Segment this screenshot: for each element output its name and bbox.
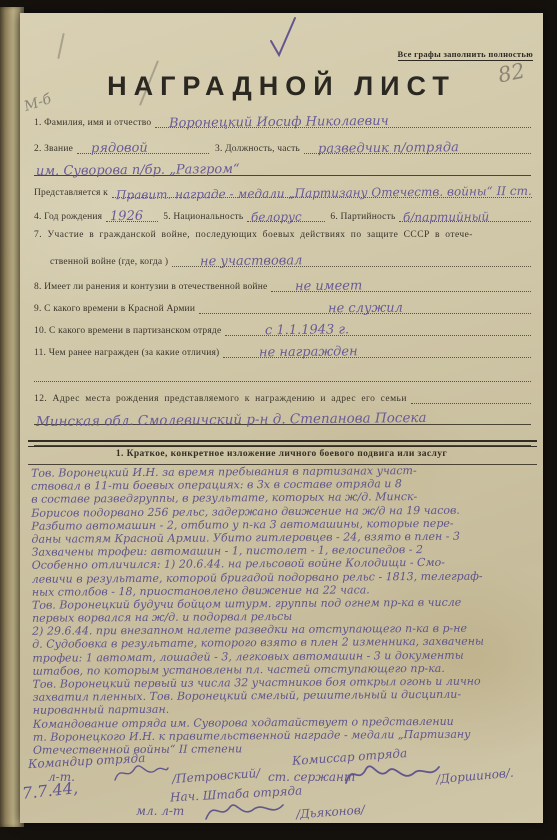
- form-title: НАГРАДНОЙ ЛИСТ: [20, 71, 543, 102]
- field-address-label-row: 12. Адрес места рождения представляемого…: [34, 389, 531, 404]
- field-11-value: не награжден: [223, 346, 358, 359]
- field-9-label: 9. С какого времени в Красной Армии: [34, 304, 195, 314]
- chief-of-staff-name: /Дьяконов/: [296, 803, 366, 822]
- field-civil-war-value-row: ственной войне (где, когда ) не участвов…: [50, 252, 531, 267]
- field-6-value: б/партийный: [399, 211, 489, 224]
- signature-date: 7.7.44,: [21, 778, 79, 803]
- field-10-label: 10. С какого времени в партизанском отря…: [34, 326, 221, 336]
- field-5-label: 5. Национальность: [163, 212, 243, 222]
- field-rank-duty-row: 2. Звание рядовой 3. Должность, часть ра…: [34, 139, 531, 154]
- field-7-value: не участвовал: [172, 255, 302, 268]
- field-8-value: не имеет: [271, 281, 362, 294]
- award-sheet-paper: 82 М-б Все графы заполнить полностью НАГ…: [20, 13, 543, 823]
- field-2-value: рядовой: [77, 143, 148, 156]
- field-7-label-line1: 7. Участие в гражданской войне, последую…: [34, 230, 473, 240]
- field-9-value: не служил: [328, 303, 403, 316]
- field-2-label: 2. Звание: [34, 144, 73, 154]
- commissar-signature-scribble: [342, 757, 442, 791]
- field-1-label: 1. Фамилия, имя и отчество: [34, 118, 151, 128]
- field-3-value-continued: им. Суворова п/бр. „Разгром“: [34, 164, 240, 178]
- field-prior-awards-row: 11. Чем ранее награжден (за какие отличи…: [34, 343, 531, 358]
- blank-ruled-line: [34, 367, 531, 382]
- field-birth-nationality-party-row: 4. Год рождения 1926 5. Национальность б…: [34, 207, 531, 222]
- field-7-label-line2: ственной войне (где, когда ): [50, 257, 168, 267]
- field-3-label: 3. Должность, часть: [215, 144, 300, 154]
- field-12-value: Минская обл. Смолевичский р-н д. Степано…: [34, 412, 427, 428]
- commander-name: /Петровский/: [172, 766, 261, 786]
- field-8-label: 8. Имеет ли ранения и контузии в отечест…: [34, 282, 267, 292]
- pencil-checkmark-icon: [266, 15, 300, 59]
- field-4-value: 1926: [106, 211, 143, 223]
- document-photo: 82 М-б Все графы заполнить полностью НАГ…: [0, 0, 557, 840]
- fill-all-fields-note: Все графы заполнить полностью: [398, 49, 533, 61]
- commander-signature-scribble: [112, 761, 170, 785]
- field-11-label: 11. Чем ранее награжден (за какие отличи…: [34, 348, 219, 358]
- field-wounds-row: 8. Имеет ли ранения и контузии в отечест…: [34, 277, 531, 292]
- section-divider-double-rule: [28, 440, 537, 447]
- combat-feat-description: Тов. Воронецкий И.Н. за время пребывания…: [31, 463, 534, 757]
- section-1-header: 1. Краткое, конкретное изложение личного…: [20, 449, 543, 459]
- field-address-value-row: Минская обл. Смолевичский р-н д. Степано…: [34, 410, 531, 425]
- field-submitted-for-row: Представляется к Правит. награде - медал…: [34, 183, 531, 198]
- pencil-stroke: [57, 33, 64, 59]
- field-duty-continuation-row: им. Суворова п/бр. „Разгром“: [34, 161, 531, 176]
- submitted-for-value: Правит. награде - медали „Партизану Отеч…: [112, 185, 532, 201]
- field-name-row: 1. Фамилия, имя и отчество Воронецкий Ио…: [34, 113, 531, 128]
- field-4-label: 4. Год рождения: [34, 212, 102, 222]
- field-10-value: с 1.1.1943 г.: [225, 324, 349, 337]
- field-5-value: белорус: [247, 211, 302, 224]
- chief-of-staff-signature-scribble: [202, 797, 286, 825]
- field-1-value: Воронецкий Иосиф Николаевич: [155, 116, 389, 130]
- field-partisan-unit-row: 10. С какого времени в партизанском отря…: [34, 321, 531, 336]
- field-6-label: 6. Партийность: [330, 212, 395, 222]
- field-red-army-row: 9. С какого времени в Красной Армии не с…: [34, 299, 531, 314]
- field-12-label: 12. Адрес места рождения представляемого…: [34, 394, 407, 404]
- commissar-name: /Доршинов/.: [436, 766, 515, 787]
- submitted-for-label: Представляется к: [34, 188, 108, 198]
- field-civil-war-label-row: 7. Участие в гражданской войне, последую…: [34, 230, 531, 240]
- chief-of-staff-rank: мл. л-т: [136, 804, 184, 818]
- field-3-value: разведчик п/отряда: [304, 142, 459, 156]
